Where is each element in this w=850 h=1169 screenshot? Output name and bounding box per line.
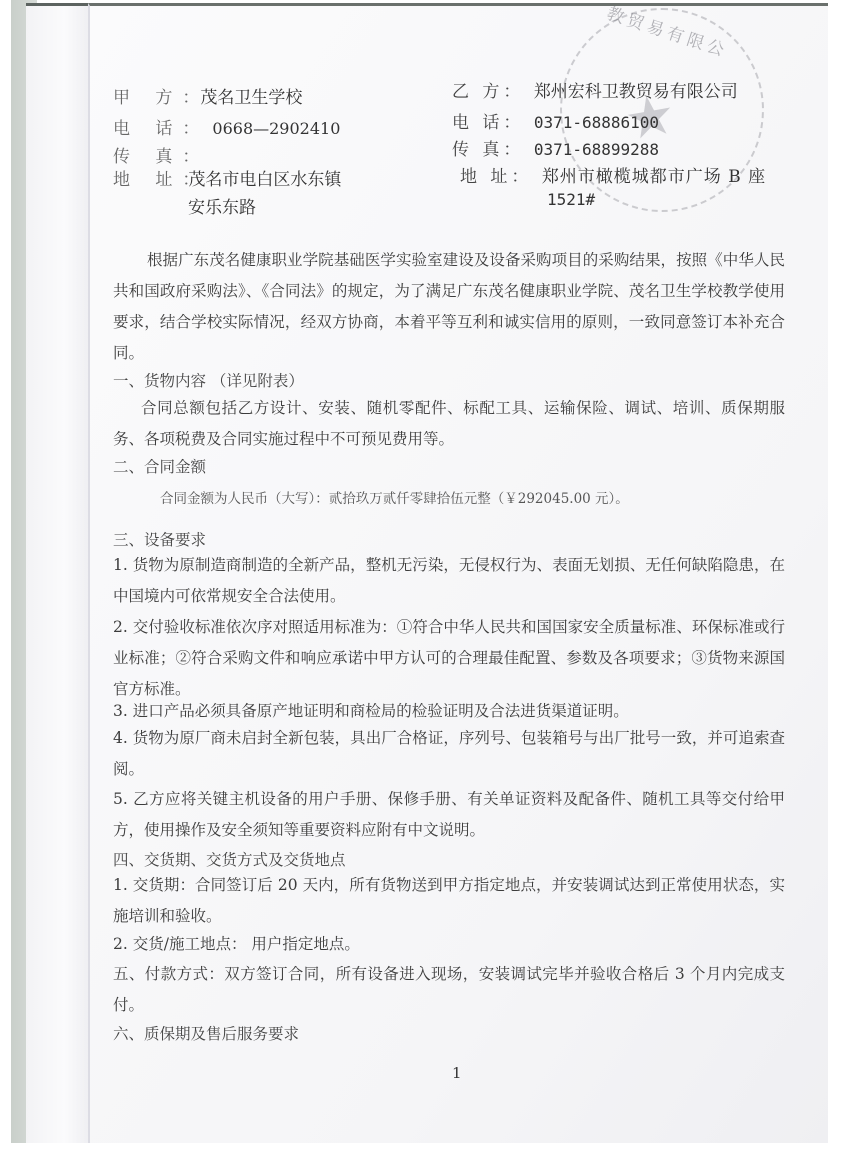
party-b-address-row: 地 址： 郑州市橄榄城都市广场 B 座 bbox=[460, 162, 766, 187]
party-b-address-line2: 1521# bbox=[547, 190, 595, 209]
party-b-fax: 0371-68899288 bbox=[534, 140, 659, 159]
party-a-address-row: 地 址： 茂名市电白区水东镇 bbox=[113, 165, 341, 190]
section-3-item-5: 5. 乙方应将关键主机设备的用户手册、保修手册、有关单证资料及配备件、随机工具等… bbox=[113, 784, 785, 846]
party-b-name: 郑州宏科卫教贸易有限公司 bbox=[534, 77, 738, 102]
party-a-phone-row: 电 话： 0668—2902410 bbox=[113, 114, 340, 139]
party-a-fax-row: 传 真： bbox=[113, 142, 188, 167]
party-a-name-row: 甲 方： 茂名卫生学校 bbox=[113, 83, 302, 108]
contract-amount: 合同金额为人民币（大写）：贰拾玖万贰仟零肆拾伍元整（￥292045.00 元）。 bbox=[160, 487, 629, 507]
section-3-item-4: 4. 货物为原厂商未启封全新包装，具出厂合格证，序列号、包装箱号与出厂批号一致，… bbox=[113, 723, 785, 785]
party-b-phone: 0371-68886100 bbox=[534, 113, 659, 132]
party-b-address-line2-row: 1521# bbox=[547, 190, 595, 210]
party-a-address-label: 地 址： bbox=[113, 165, 183, 190]
party-a-phone-label: 电 话： bbox=[113, 114, 183, 139]
party-a-fax-label: 传 真： bbox=[113, 142, 183, 167]
section-1-heading: 一、货物内容 （详见附表） bbox=[113, 369, 304, 391]
section-4-item-2: 2. 交货/施工地点： 用户指定地点。 bbox=[113, 929, 785, 960]
bottom-margin bbox=[0, 1143, 850, 1169]
page-number: 1 bbox=[452, 1064, 462, 1082]
preamble-paragraph: 根据广东茂名健康职业学院基础医学实验室建设及设备采购项目的采购结果，按照《中华人… bbox=[113, 245, 785, 369]
section-6-heading: 六、质保期及售后服务要求 bbox=[113, 1022, 299, 1044]
section-3-heading: 三、设备要求 bbox=[113, 528, 206, 550]
section-3-item-2: 2. 交付验收标准依次序对照适用标准为：①符合中华人民共和国国家安全质量标准、环… bbox=[113, 612, 785, 705]
section-5-payment: 五、付款方式：双方签订合同，所有设备进入现场，安装调试完毕并验收合格后 3 个月… bbox=[113, 959, 785, 1021]
section-4-heading: 四、交货期、交货方式及交货地点 bbox=[113, 848, 346, 870]
section-4-item-1: 1. 交货期：合同签订后 20 天内，所有货物送到甲方指定地点，并安装调试达到正… bbox=[113, 870, 785, 932]
party-a-address-line2: 安乐东路 bbox=[188, 193, 256, 218]
party-b-phone-row: 电 话： 0371-68886100 bbox=[452, 108, 659, 133]
section-2-heading: 二、合同金额 bbox=[113, 455, 206, 477]
section-1-body: 合同总额包括乙方设计、安装、随机零配件、标配工具、运输保险、调试、培训、质保期服… bbox=[113, 393, 785, 455]
party-a-address-line1: 茂名市电白区水东镇 bbox=[188, 165, 341, 190]
party-b-phone-label: 电 话： bbox=[452, 108, 524, 133]
party-b-address-line1: 郑州市橄榄城都市广场 B 座 bbox=[542, 162, 766, 187]
party-b-name-label: 乙 方： bbox=[452, 77, 524, 102]
party-b-address-label: 地 址： bbox=[460, 162, 532, 187]
folded-page-edge bbox=[26, 3, 90, 1146]
party-a-name: 茂名卫生学校 bbox=[200, 83, 302, 108]
party-b-fax-row: 传 真： 0371-68899288 bbox=[452, 135, 659, 160]
party-a-name-label: 甲 方： bbox=[113, 83, 183, 108]
section-3-item-1: 1. 货物为原制造商制造的全新产品，整机无污染，无侵权行为、表面无划损、无任何缺… bbox=[113, 550, 785, 612]
party-b-name-row: 乙 方： 郑州宏科卫教贸易有限公司 bbox=[452, 77, 738, 102]
party-b-fax-label: 传 真： bbox=[452, 135, 524, 160]
party-a-phone: 0668—2902410 bbox=[212, 119, 340, 138]
